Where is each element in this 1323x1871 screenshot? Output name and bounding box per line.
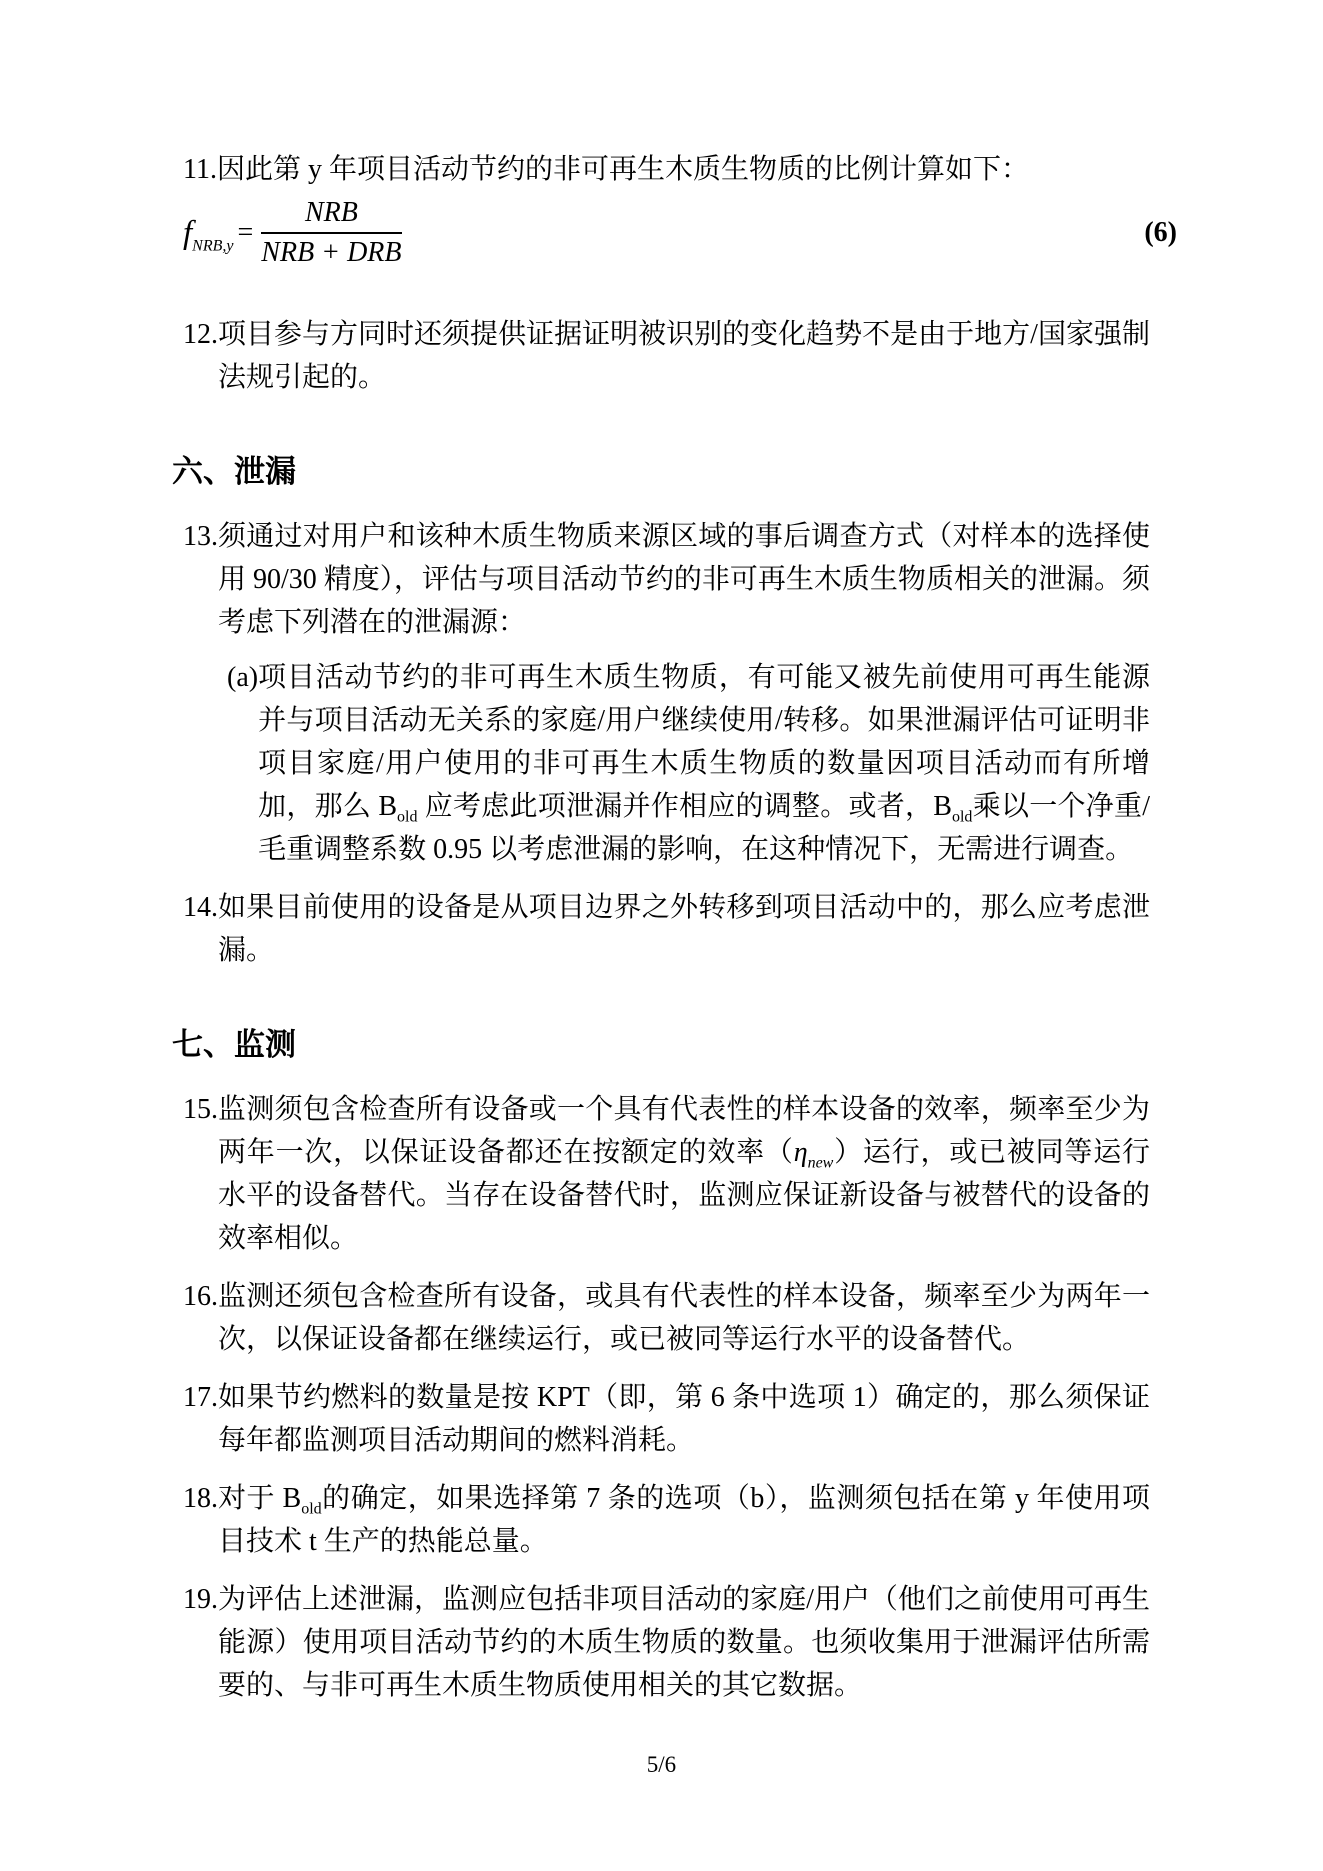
item-text: 监测须包含检查所有设备或一个具有代表性的样本设备的效率，频率至少为两年一次，以保…: [218, 1088, 1150, 1260]
item-number: 18.: [183, 1477, 218, 1563]
item-text: 须通过对用户和该种木质生物质来源区域的事后调查方式（对样本的选择使用 90/30…: [218, 515, 1150, 644]
list-item-18: 18. 对于 Bold的确定，如果选择第 7 条的选项（b），监测须包括在第 y…: [183, 1477, 1150, 1563]
item-number: 17.: [183, 1376, 218, 1462]
eta-symbol: η: [794, 1137, 808, 1168]
equation-number: (6): [1144, 217, 1177, 249]
item-text: 为评估上述泄漏，监测应包括非项目活动的家庭/用户（他们之前使用可再生能源）使用项…: [218, 1578, 1150, 1707]
text-segment: 对于 B: [218, 1483, 301, 1514]
list-item-13: 13. 须通过对用户和该种木质生物质来源区域的事后调查方式（对样本的选择使用 9…: [183, 515, 1150, 644]
section-heading-leakage: 六、 泄漏: [172, 453, 1150, 491]
item-number: 12.: [183, 313, 218, 399]
list-item-12: 12. 项目参与方同时还须提供证据证明被识别的变化趋势不是由于地方/国家强制法规…: [183, 313, 1150, 399]
item-text: 如果目前使用的设备是从项目边界之外转移到项目活动中的，那么应考虑泄漏。: [218, 886, 1150, 972]
list-item-11: 11. 因此第 y 年项目活动节约的非可再生木质生物质的比例计算如下：: [183, 148, 1150, 191]
list-item-19: 19. 为评估上述泄漏，监测应包括非项目活动的家庭/用户（他们之前使用可再生能源…: [183, 1578, 1150, 1707]
sub-item-text: 项目活动节约的非可再生木质生物质，有可能又被先前使用可再生能源并与项目活动无关系…: [258, 656, 1150, 871]
item-text: 因此第 y 年项目活动节约的非可再生木质生物质的比例计算如下：: [217, 148, 1150, 191]
list-item-15: 15. 监测须包含检查所有设备或一个具有代表性的样本设备的效率，频率至少为两年一…: [183, 1088, 1150, 1260]
b-old-subscript: old: [952, 809, 972, 826]
item-number: 15.: [183, 1088, 218, 1260]
sub-item-a: (a) 项目活动节约的非可再生木质生物质，有可能又被先前使用可再生能源并与项目活…: [227, 656, 1150, 871]
section-numeral: 七、: [172, 1026, 234, 1064]
eta-subscript: new: [808, 1155, 834, 1172]
list-item-17: 17. 如果节约燃料的数量是按 KPT（即，第 6 条中选项 1）确定的，那么须…: [183, 1376, 1150, 1462]
fraction-numerator: NRB: [261, 197, 401, 234]
item-number: 11.: [183, 148, 217, 191]
list-item-16: 16. 监测还须包含检查所有设备，或具有代表性的样本设备，频率至少为两年一次，以…: [183, 1275, 1150, 1361]
item-text: 如果节约燃料的数量是按 KPT（即，第 6 条中选项 1）确定的，那么须保证每年…: [218, 1376, 1150, 1462]
text-segment: 应考虑此项泄漏并作相应的调整。或者，B: [417, 791, 952, 822]
fraction: NRB NRB + DRB: [261, 197, 401, 269]
item-text: 监测还须包含检查所有设备，或具有代表性的样本设备，频率至少为两年一次，以保证设备…: [218, 1275, 1150, 1361]
equation-lhs-symbol: f: [183, 215, 192, 251]
item-text: 项目参与方同时还须提供证据证明被识别的变化趋势不是由于地方/国家强制法规引起的。: [218, 313, 1150, 399]
document-page: 11. 因此第 y 年项目活动节约的非可再生木质生物质的比例计算如下： fNRB…: [0, 0, 1323, 1871]
page-content: 11. 因此第 y 年项目活动节约的非可再生木质生物质的比例计算如下： fNRB…: [183, 148, 1150, 1707]
fraction-denominator: NRB + DRB: [261, 234, 401, 269]
text-segment: 的确定，如果选择第 7 条的选项（b），监测须包括在第 y 年使用项目技术 t …: [218, 1483, 1150, 1557]
b-old-subscript: old: [397, 809, 417, 826]
section-heading-monitoring: 七、 监测: [172, 1026, 1150, 1064]
equation-lhs-subscript: NRB,y: [192, 237, 233, 254]
section-title: 泄漏: [234, 453, 296, 491]
item-text: 对于 Bold的确定，如果选择第 7 条的选项（b），监测须包括在第 y 年使用…: [218, 1477, 1150, 1563]
section-title: 监测: [234, 1026, 296, 1064]
equation-6: fNRB,y = NRB NRB + DRB (6): [183, 197, 1150, 269]
item-number: 16.: [183, 1275, 218, 1361]
equation-lhs: fNRB,y: [183, 215, 234, 252]
item-number: 13.: [183, 515, 218, 644]
section-numeral: 六、: [172, 453, 234, 491]
item-number: 19.: [183, 1578, 218, 1707]
item-number: 14.: [183, 886, 218, 972]
b-old-subscript: old: [301, 1501, 321, 1518]
equals-sign: =: [238, 217, 254, 249]
list-item-14: 14. 如果目前使用的设备是从项目边界之外转移到项目活动中的，那么应考虑泄漏。: [183, 886, 1150, 972]
page-number: 5/6: [0, 1752, 1323, 1778]
sub-item-label: (a): [227, 656, 258, 871]
